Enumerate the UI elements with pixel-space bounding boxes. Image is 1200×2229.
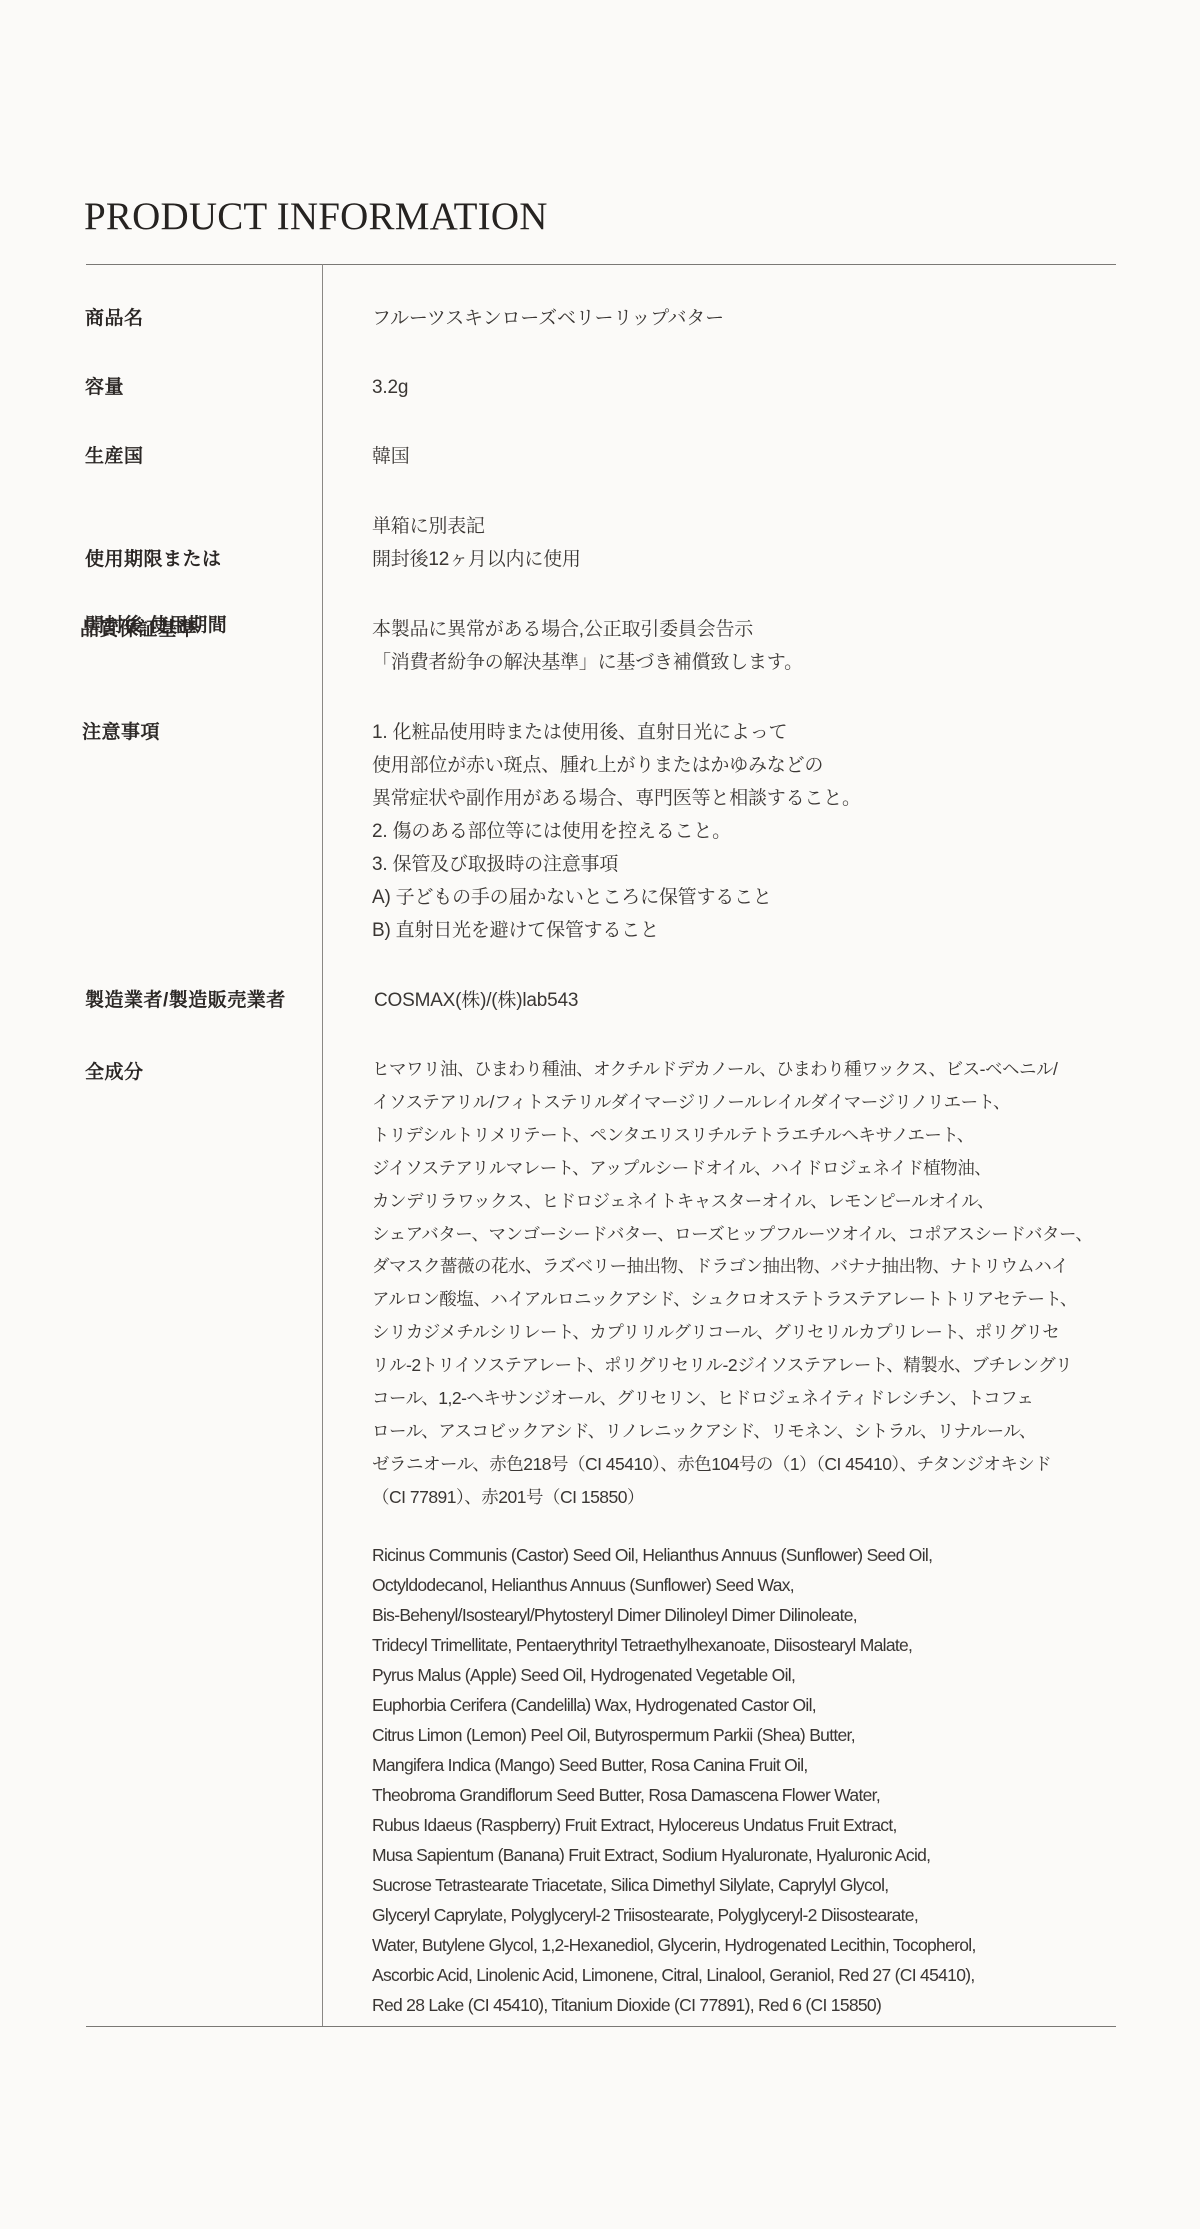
ingredient-line-jp: イソステアリル/フィトステリルダイマージリノールレイルダイマージリノリエート、 [372,1086,1092,1119]
label-expiry-line: 使用期限または [85,543,227,576]
label-origin: 生産国 [85,440,144,473]
ingredient-line-en: Musa Sapientum (Banana) Fruit Extract, S… [372,1840,976,1870]
ingredient-line-en: Sucrose Tetrastearate Triacetate, Silica… [372,1870,976,1900]
ingredient-line-jp: ロール、アスコビックアシド、リノレニックアシド、リモネン、シトラル、リナルール、 [372,1415,1092,1448]
ingredient-line-en: Water, Butylene Glycol, 1,2-Hexanediol, … [372,1930,976,1960]
ingredient-line-en: Octyldodecanol, Helianthus Annuus (Sunfl… [372,1570,976,1600]
label-volume: 容量 [85,371,124,404]
column-divider [322,264,323,2026]
caution-line: B) 直射日光を避けて保管すること [372,914,861,947]
label-ingredients: 全成分 [85,1056,144,1089]
ingredient-line-en: Tridecyl Trimellitate, Pentaerythrityl T… [372,1630,976,1660]
ingredient-line-jp: （CI 77891）、赤201号（CI 15850） [372,1481,1092,1514]
label-manufacturer: 製造業者/製造販売業者 [85,984,286,1017]
label-product-name: 商品名 [85,302,144,335]
ingredient-line-en: Bis-Behenyl/Isostearyl/Phytosteryl Dimer… [372,1600,976,1630]
label-cautions: 注意事項 [82,716,160,749]
value-volume: 3.2g [372,371,408,404]
ingredient-line-jp: ゼラニオール、赤色218号（CI 45410）、赤色104号の（1）（CI 45… [372,1448,1092,1481]
table-bottom-rule [86,2026,1116,2027]
ingredient-line-jp: コール、1,2-ヘキサンジオール、グリセリン、ヒドロジェネイティドレシチン、トコ… [372,1382,1092,1415]
ingredient-line-en: Theobroma Grandiflorum Seed Butter, Rosa… [372,1780,976,1810]
ingredient-line-en: Ascorbic Acid, Linolenic Acid, Limonene,… [372,1960,976,1990]
ingredient-line-jp: アルロン酸塩、ハイアルロニックアシド、シュクロオステトラステアレートトリアセテー… [372,1283,1092,1316]
label-expiry: 使用期限または 開封後 使用期間 [85,510,227,675]
ingredient-line-jp: カンデリラワックス、ヒドロジェネイトキャスターオイル、レモンピールオイル、 [372,1185,1092,1218]
ingredient-line-en: Pyrus Malus (Apple) Seed Oil, Hydrogenat… [372,1660,976,1690]
value-cautions: 1. 化粧品使用時または使用後、直射日光によって 使用部位が赤い斑点、腫れ上がり… [372,716,861,947]
ingredient-line-en: Citrus Limon (Lemon) Peel Oil, Butyrospe… [372,1720,976,1750]
ingredient-line-jp: シェアバター、マンゴーシードバター、ローズヒップフルーツオイル、コポアスシードバ… [372,1218,1092,1251]
ingredients-japanese: ヒマワリ油、ひまわり種油、オクチルドデカノール、ひまわり種ワックス、ビス-ベヘニ… [372,1053,1092,1514]
value-product-name: フルーツスキンローズベリーリップバター [372,302,724,335]
caution-line: 3. 保管及び取扱時の注意事項 [372,848,861,881]
ingredient-line-jp: ダマスク薔薇の花水、ラズベリー抽出物、ドラゴン抽出物、バナナ抽出物、ナトリウムハ… [372,1250,1092,1283]
value-expiry-line: 単箱に別表記 [372,510,581,543]
label-quality-standard: 品質保証基準 [80,613,197,646]
caution-line: 2. 傷のある部位等には使用を控えること。 [372,815,861,848]
ingredient-line-jp: リル-2トリイソステアレート、ポリグリセリル-2ジイソステアレート、精製水、ブチ… [372,1349,1092,1382]
ingredient-line-en: Glyceryl Caprylate, Polyglyceryl-2 Triis… [372,1900,976,1930]
table-top-rule [86,264,1116,265]
value-expiry: 単箱に別表記 開封後12ヶ月以内に使用 [372,510,581,576]
value-quality-line: 「消費者紛争の解決基準」に基づき補償致します。 [372,646,803,679]
ingredient-line-jp: シリカジメチルシリレート、カプリリルグリコール、グリセリルカプリレート、ポリグリ… [372,1316,1092,1349]
ingredient-line-en: Ricinus Communis (Castor) Seed Oil, Heli… [372,1540,976,1570]
caution-line: 異常症状や副作用がある場合、専門医等と相談すること。 [372,782,861,815]
ingredient-line-jp: トリデシルトリメリテート、ペンタエリスリチルテトラエチルヘキサノエート、 [372,1119,1092,1152]
ingredient-line-en: Rubus Idaeus (Raspberry) Fruit Extract, … [372,1810,976,1840]
value-expiry-line: 開封後12ヶ月以内に使用 [372,543,581,576]
ingredient-line-en: Euphorbia Cerifera (Candelilla) Wax, Hyd… [372,1690,976,1720]
value-manufacturer: COSMAX(株)/(株)lab543 [374,984,578,1017]
value-quality-line: 本製品に異常がある場合,公正取引委員会告示 [372,613,803,646]
caution-line: 使用部位が赤い斑点、腫れ上がりまたはかゆみなどの [372,749,861,782]
ingredient-line-jp: ジイソステアリルマレート、アップルシードオイル、ハイドロジェネイド植物油、 [372,1152,1092,1185]
value-quality-standard: 本製品に異常がある場合,公正取引委員会告示 「消費者紛争の解決基準」に基づき補償… [372,613,803,679]
ingredient-line-en: Red 28 Lake (CI 45410), Titanium Dioxide… [372,1990,976,2020]
ingredient-line-jp: ヒマワリ油、ひまわり種油、オクチルドデカノール、ひまわり種ワックス、ビス-ベヘニ… [372,1053,1092,1086]
caution-line: 1. 化粧品使用時または使用後、直射日光によって [372,716,861,749]
ingredient-line-en: Mangifera Indica (Mango) Seed Butter, Ro… [372,1750,976,1780]
caution-line: A) 子どもの手の届かないところに保管すること [372,881,861,914]
value-origin: 韓国 [372,440,410,473]
ingredients-english: Ricinus Communis (Castor) Seed Oil, Heli… [372,1540,976,2020]
page-title: PRODUCT INFORMATION [84,194,548,239]
